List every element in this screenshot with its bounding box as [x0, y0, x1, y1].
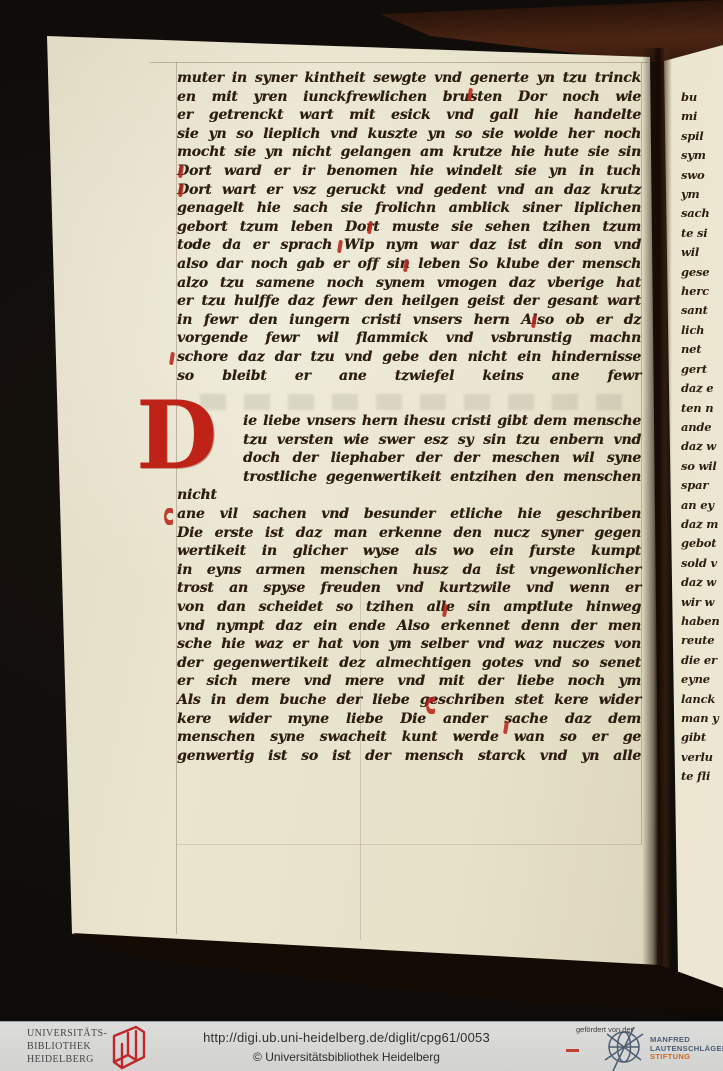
ruling-top [150, 62, 648, 63]
lautenschlaeger-globe-icon [602, 1027, 646, 1071]
book-gutter-shadow [642, 48, 672, 983]
sponsor-dash [566, 1049, 579, 1052]
manuscript-paragraph-2: ie liebe vnsers hern ihesu cristi gibt d… [177, 412, 641, 765]
rubric-paragraph-mark [426, 697, 435, 714]
copyright-notice: © Universitätsbibliothek Heidelberg [160, 1050, 533, 1064]
sponsor-name-line: STIFTUNG [650, 1053, 723, 1062]
parchment-stain [276, 38, 285, 44]
ink-bleedthrough [200, 394, 630, 410]
facing-page-text-fragments: bu mi spil sym swo ym sach te si wil ges… [681, 88, 723, 787]
footer-center: http://digi.ub.uni-heidelberg.de/diglit/… [160, 1022, 533, 1071]
manuscript-paragraph-1: muter in syner kintheit sewgte vnd gener… [177, 69, 641, 385]
branding-footer-bar: UNIVERSITÄTS- BIBLIOTHEK HEIDELBERG http… [0, 1021, 723, 1071]
library-name: UNIVERSITÄTS- BIBLIOTHEK HEIDELBERG [27, 1028, 107, 1066]
initial-spacer [177, 412, 243, 469]
university-library-logo-icon [98, 1024, 150, 1070]
manuscript-scan: muter in syner kintheit sewgte vnd gener… [0, 0, 723, 1021]
source-url: http://digi.ub.uni-heidelberg.de/diglit/… [160, 1030, 533, 1045]
ruling-bottom [177, 844, 641, 845]
manuscript-paragraph-2-text: ie liebe vnsers hern ihesu cristi gibt d… [177, 413, 641, 764]
rubric-paragraph-mark [164, 508, 173, 525]
sponsor-name: MANFRED LAUTENSCHLÄGER STIFTUNG [650, 1036, 723, 1062]
